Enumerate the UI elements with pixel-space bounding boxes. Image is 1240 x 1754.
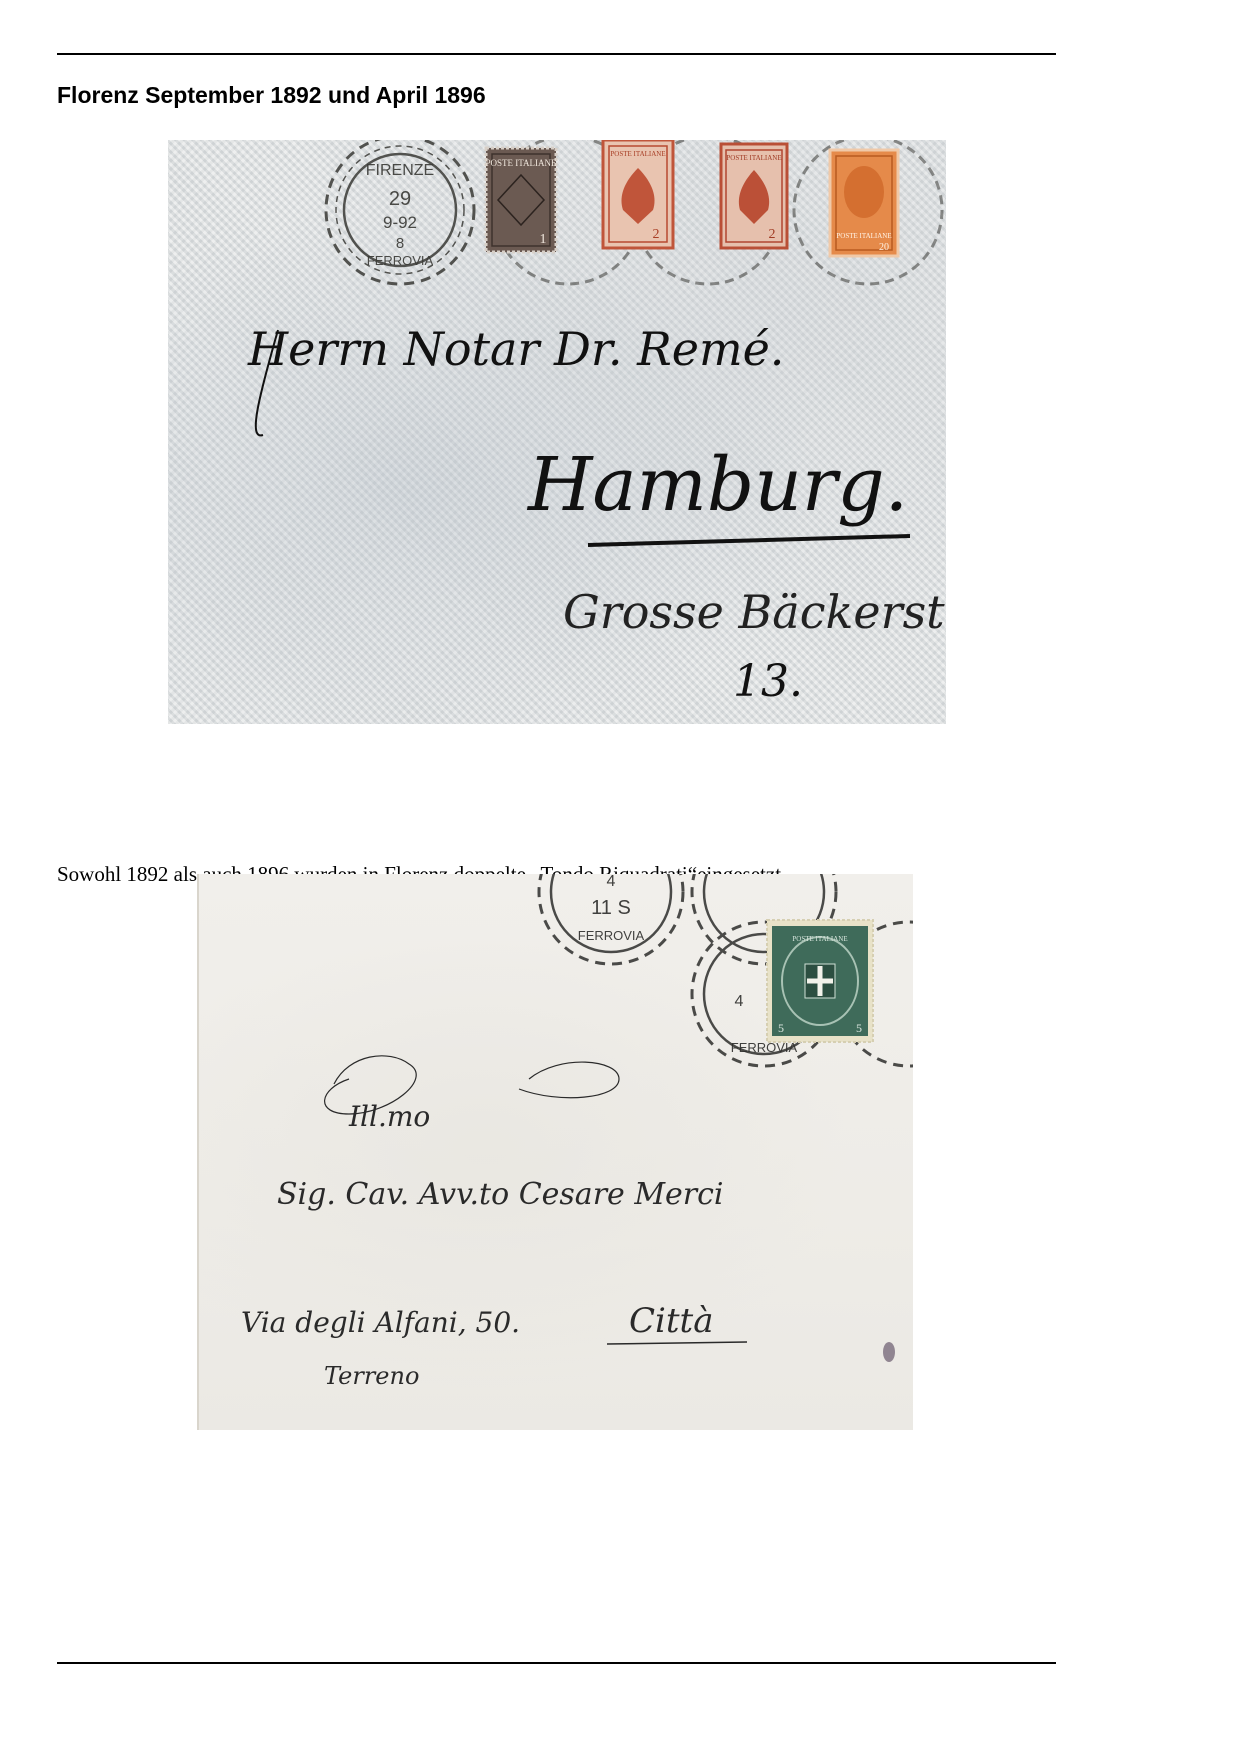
stamp-2c-red-second: POSTE ITALIANE 2 <box>721 144 787 248</box>
svg-text:1: 1 <box>540 232 547 247</box>
stamp-1c-brown: POSTE ITALIANE 1 <box>485 148 557 252</box>
address-1896: Ill.mo Sig. Cav. Avv.to Cesare Merci Via… <box>241 1056 724 1390</box>
postmark-office-1892: FERROVIA <box>367 253 434 268</box>
svg-text:2: 2 <box>653 227 660 242</box>
address-line-1: Herrn Notar Dr. Remé. <box>247 322 784 376</box>
address-line-1: Ill.mo <box>348 1100 430 1133</box>
envelope-1896-image: 4 11 S FERROVIA 4 FERROVIA POSTE ITALIAN… <box>197 874 913 1430</box>
page-title: Florenz September 1892 und April 1896 <box>57 82 486 109</box>
svg-text:POSTE ITALIANE: POSTE ITALIANE <box>836 232 891 240</box>
svg-text:5: 5 <box>856 1021 862 1035</box>
address-line-3: Grosse Bäckerstr. <box>563 585 946 639</box>
bottom-rule <box>57 1662 1056 1664</box>
postmark-day-1896: 4 <box>607 874 616 890</box>
envelope-1892-image: FIRENZE 29 9-92 8 FERROVIA POSTE ITALIAN… <box>168 140 946 724</box>
address-line-4: Terreno <box>324 1362 419 1390</box>
svg-text:POSTE ITALIANE: POSTE ITALIANE <box>610 150 665 158</box>
postmark-day-1896-second: 4 <box>735 993 744 1010</box>
address-line-5: Città <box>629 1301 714 1341</box>
postmark-office-1896: FERROVIA <box>578 928 645 943</box>
svg-text:5: 5 <box>778 1021 784 1035</box>
stamp-2c-red: POSTE ITALIANE 2 <box>603 140 673 248</box>
address-line-2: Hamburg. <box>526 442 908 528</box>
stamp-5c-green: POSTE ITALIANE 5 5 <box>767 920 873 1042</box>
top-rule <box>57 53 1056 55</box>
postmark-town-1892: FIRENZE <box>366 162 434 179</box>
postmark-date-1892: 9-92 <box>383 213 417 232</box>
address-line-2: Sig. Cav. Avv.to Cesare Merci <box>277 1177 724 1212</box>
address-1892: Herrn Notar Dr. Remé. Hamburg. Grosse Bä… <box>247 322 946 707</box>
postmark-hour-1896: 11 S <box>591 897 631 919</box>
address-line-3: Via degli Alfani, 50. <box>241 1306 520 1339</box>
svg-text:POSTE ITALIANE: POSTE ITALIANE <box>726 154 781 162</box>
stamp-20c-orange: POSTE ITALIANE 20 <box>830 150 898 256</box>
postmark-day-1892: 29 <box>389 188 411 210</box>
svg-text:POSTE ITALIANE: POSTE ITALIANE <box>485 158 557 168</box>
address-line-4: 13. <box>733 656 803 707</box>
svg-text:20: 20 <box>879 242 889 253</box>
svg-text:2: 2 <box>769 227 776 242</box>
postmark-hour-1892: 8 <box>396 235 404 252</box>
postmark-office-1896-second: FERROVIA <box>731 1040 798 1055</box>
svg-text:POSTE ITALIANE: POSTE ITALIANE <box>792 935 847 943</box>
